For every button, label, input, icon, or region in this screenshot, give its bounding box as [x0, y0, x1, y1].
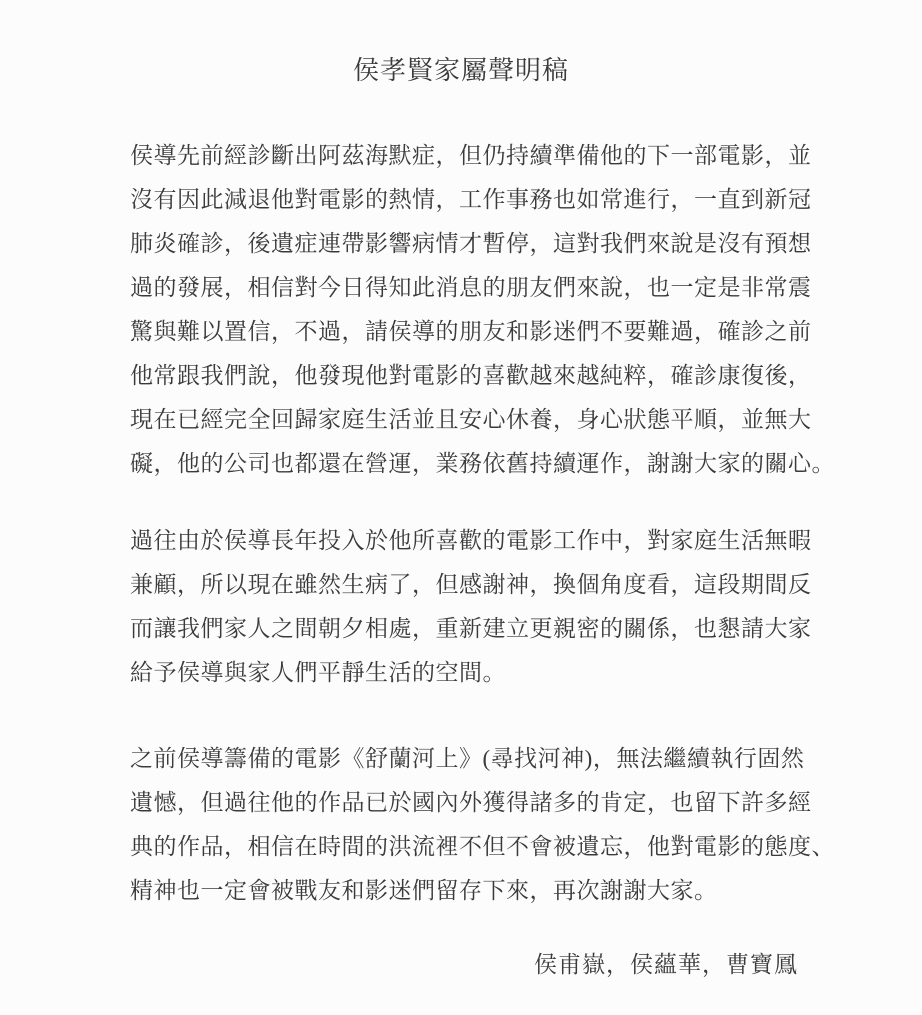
text-line: 之前侯導籌備的電影《舒蘭河上》(尋找河神)，無法繼續執行固然 — [130, 737, 798, 781]
statement-page: 侯孝賢家屬聲明稿 侯導先前經診斷出阿茲海默症，但仍持續準備他的下一部電影，並 沒… — [0, 0, 922, 1015]
text-line: 而讓我們家人之間朝夕相處，重新建立更親密的關係，也懇請大家 — [130, 607, 798, 651]
text-line: 兼顧，所以現在雖然生病了，但感謝神，換個角度看，這段期間反 — [130, 563, 798, 607]
text-line: 給予侯導與家人們平靜生活的空間。 — [130, 651, 798, 695]
text-line: 遺憾，但過往他的作品已於國內外獲得諸多的肯定，也留下許多經 — [130, 781, 798, 825]
text-line: 現在已經完全回歸家庭生活並且安心休養，身心狀態平順，並無大 — [130, 398, 798, 442]
statement-body: 侯導先前經診斷出阿茲海默症，但仍持續準備他的下一部電影，並 沒有因此減退他對電影… — [130, 134, 798, 987]
text-line: 肺炎確診，後遺症連帶影響病情才暫停，這對我們來說是沒有預想 — [130, 222, 798, 266]
paragraph-3: 之前侯導籌備的電影《舒蘭河上》(尋找河神)，無法繼續執行固然 遺憾，但過往他的作… — [130, 737, 798, 913]
text-line: 過的發展，相信對今日得知此消息的朋友們來說，也一定是非常震 — [130, 266, 798, 310]
text-line: 侯導先前經診斷出阿茲海默症，但仍持續準備他的下一部電影，並 — [130, 134, 798, 178]
text-line: 過往由於侯導長年投入於他所喜歡的電影工作中，對家庭生活無暇 — [130, 519, 798, 563]
text-line: 精神也一定會被戰友和影迷們留存下來，再次謝謝大家。 — [130, 869, 798, 913]
text-line: 典的作品，相信在時間的洪流裡不但不會被遺忘，他對電影的態度、 — [130, 825, 798, 869]
text-line: 沒有因此減退他對電影的熱情，工作事務也如常進行，一直到新冠 — [130, 178, 798, 222]
paragraph-1: 侯導先前經診斷出阿茲海默症，但仍持續準備他的下一部電影，並 沒有因此減退他對電影… — [130, 134, 798, 486]
text-line: 驚與難以置信，不過，請侯導的朋友和影迷們不要難過，確診之前 — [130, 310, 798, 354]
text-line: 礙，他的公司也都還在營運，業務依舊持續運作，謝謝大家的關心。 — [130, 442, 798, 486]
paragraph-2: 過往由於侯導長年投入於他所喜歡的電影工作中，對家庭生活無暇 兼顧，所以現在雖然生… — [130, 519, 798, 695]
signature-line: 侯甫嶽，侯蘊華，曹寶鳳 — [130, 943, 798, 987]
text-line: 他常跟我們說，他發現他對電影的喜歡越來越純粹，確診康復後， — [130, 354, 798, 398]
statement-title: 侯孝賢家屬聲明稿 — [0, 0, 922, 88]
